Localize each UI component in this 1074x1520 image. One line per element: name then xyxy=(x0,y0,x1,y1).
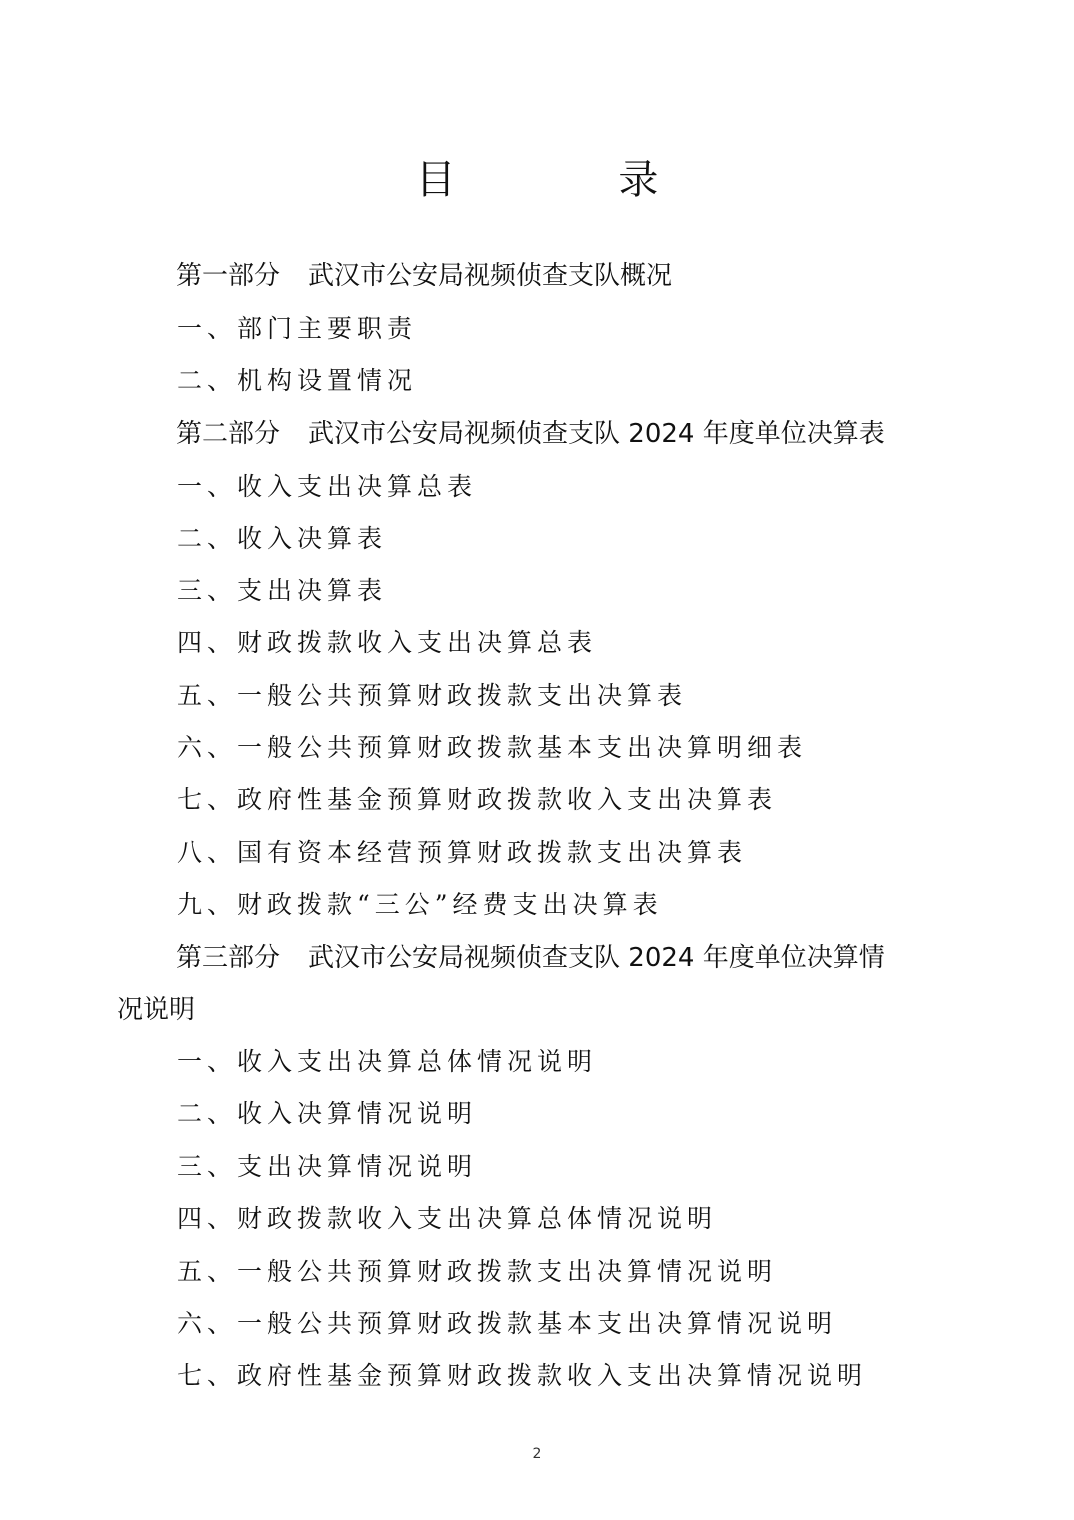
toc-item[interactable]: 一、部门主要职责 xyxy=(177,311,417,347)
page-number: 2 xyxy=(0,1446,1074,1462)
section-label: 第二部分 xyxy=(176,419,280,449)
toc-item[interactable]: 一、收入支出决算总表 xyxy=(177,469,477,505)
section-title: 武汉市公安局视频侦查支队 2024 年度单位决算表 xyxy=(308,419,885,449)
toc-item[interactable]: 六、一般公共预算财政拨款基本支出决算明细表 xyxy=(177,730,807,766)
toc-item[interactable]: 二、机构设置情况 xyxy=(177,363,417,399)
section-title: 武汉市公安局视频侦查支队 2024 年度单位决算情 xyxy=(308,943,885,973)
toc-item[interactable]: 四、财政拨款收入支出决算总体情况说明 xyxy=(177,1201,717,1237)
toc-section-part3[interactable]: 第三部分武汉市公安局视频侦查支队 2024 年度单位决算情 xyxy=(176,940,885,976)
toc-section-part3-wrap[interactable]: 况说明 xyxy=(117,992,195,1028)
toc-item[interactable]: 三、支出决算表 xyxy=(177,573,387,609)
page-title: 目 录 xyxy=(0,152,1074,208)
section-label: 第三部分 xyxy=(176,943,280,973)
toc-section-part1[interactable]: 第一部分武汉市公安局视频侦查支队概况 xyxy=(176,258,672,294)
toc-item[interactable]: 一、收入支出决算总体情况说明 xyxy=(177,1044,597,1080)
toc-item[interactable]: 五、一般公共预算财政拨款支出决算情况说明 xyxy=(177,1254,777,1290)
toc-item[interactable]: 六、一般公共预算财政拨款基本支出决算情况说明 xyxy=(177,1306,837,1342)
section-label: 第一部分 xyxy=(176,261,280,291)
toc-item[interactable]: 二、收入决算情况说明 xyxy=(177,1096,477,1132)
toc-item[interactable]: 七、政府性基金预算财政拨款收入支出决算表 xyxy=(177,782,777,818)
toc-item[interactable]: 三、支出决算情况说明 xyxy=(177,1149,477,1185)
toc-item[interactable]: 二、收入决算表 xyxy=(177,521,387,557)
toc-section-part2[interactable]: 第二部分武汉市公安局视频侦查支队 2024 年度单位决算表 xyxy=(176,416,885,452)
toc-item[interactable]: 七、政府性基金预算财政拨款收入支出决算情况说明 xyxy=(177,1358,867,1394)
toc-item[interactable]: 五、一般公共预算财政拨款支出决算表 xyxy=(177,678,687,714)
section-title: 武汉市公安局视频侦查支队概况 xyxy=(308,261,672,291)
toc-item[interactable]: 九、财政拨款“三公”经费支出决算表 xyxy=(177,887,663,923)
toc-item[interactable]: 八、国有资本经营预算财政拨款支出决算表 xyxy=(177,835,747,871)
toc-item[interactable]: 四、财政拨款收入支出决算总表 xyxy=(177,625,597,661)
